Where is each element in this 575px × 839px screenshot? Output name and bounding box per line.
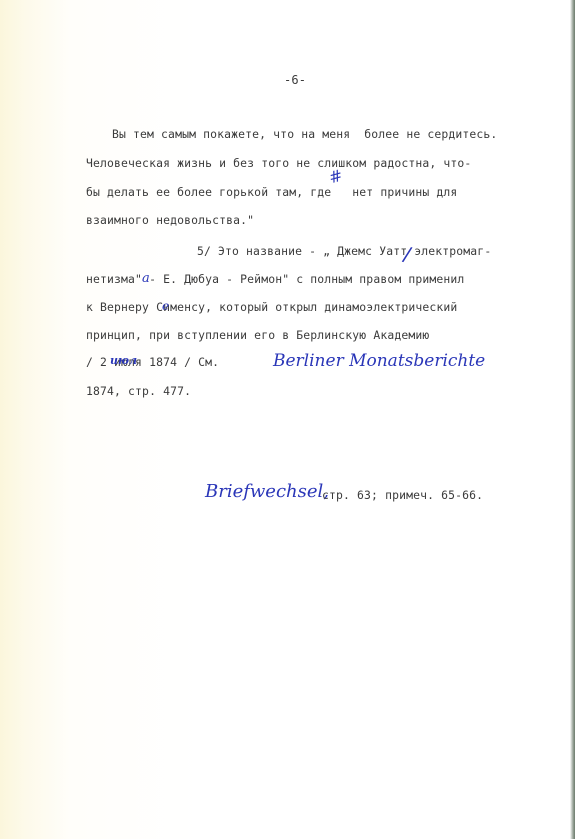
document-page: -6- Вы тем самым покажете, что на меня б…: [0, 0, 575, 839]
handwritten-correction-july: июл: [110, 354, 137, 367]
footnote-5-line-4: принцип, при вступлении его в Берлинскую…: [86, 328, 429, 342]
text-line-4: взаимного недовольства.": [86, 213, 254, 227]
text-line-1: Вы тем самым покажете, что на меня более…: [112, 127, 497, 141]
text-line-3: бы делать ее более горькой там, где нет …: [86, 185, 457, 199]
footnote-5-line-3: к Вернеру Сименсу, который открыл динамо…: [86, 300, 457, 314]
page-number: -6-: [284, 73, 306, 87]
handwritten-correction-e: e: [162, 299, 169, 313]
footnote-5-line-6: 1874, стр. 477.: [86, 384, 191, 398]
footnote-reference-line: стр. 63; примеч. 65-66.: [322, 488, 483, 502]
footnote-5-line-1: 5/ Это название - „ Джемс Уатт электрома…: [197, 244, 491, 258]
footnote-5-line-5: / 2 июля 1874 / См.: [86, 355, 219, 369]
handwritten-correction-a: a: [142, 271, 150, 286]
text-line-2: Человеческая жизнь и без того не слишком…: [86, 156, 471, 170]
handwritten-berliner-monatsberichte: Berliner Monatsberichte: [273, 351, 485, 371]
handwritten-briefwechsel: Briefwechsel,: [205, 481, 329, 502]
